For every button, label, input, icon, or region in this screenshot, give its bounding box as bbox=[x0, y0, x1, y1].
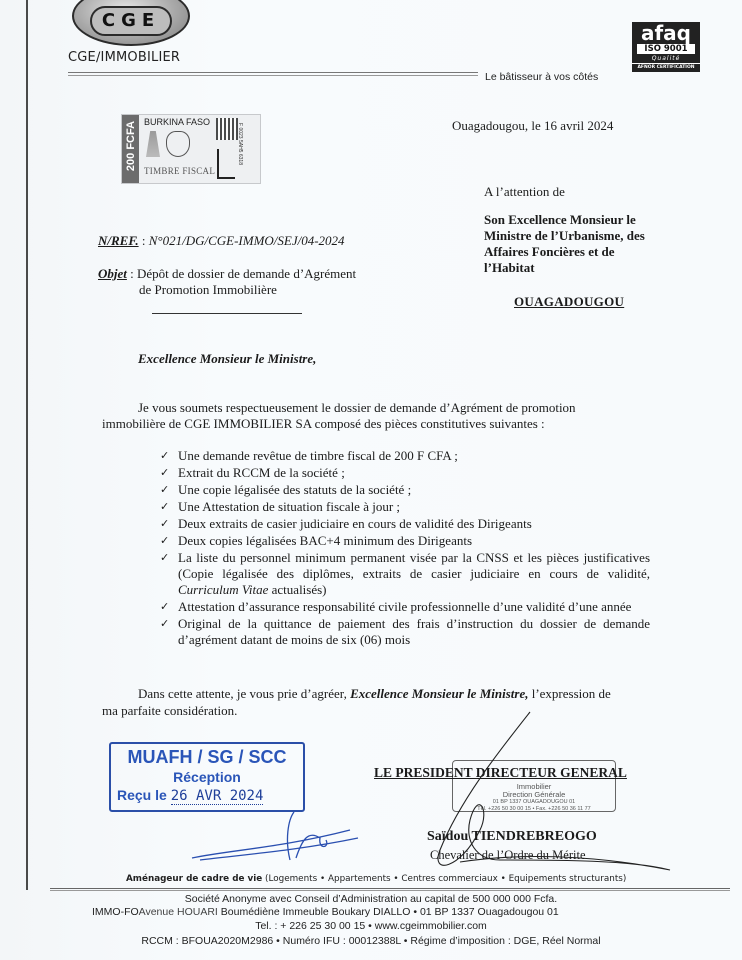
quality-label: Qualité bbox=[632, 55, 700, 63]
certifier: AFNOR CERTIFICATION bbox=[632, 63, 700, 71]
salutation: Excellence Monsieur le Ministre, bbox=[138, 351, 316, 367]
activity-list: (Logements • Appartements • Centres comm… bbox=[262, 874, 626, 884]
intro-paragraph: Je vous soumets respectueusement le doss… bbox=[102, 400, 642, 432]
checkmark-icon: ✓ bbox=[160, 448, 169, 464]
qr-code-icon bbox=[216, 118, 238, 140]
stamp-value: 200 FCFA bbox=[125, 113, 137, 179]
document-text: Extrait du RCCM de la société ; bbox=[178, 465, 345, 480]
checkmark-icon: ✓ bbox=[160, 482, 169, 498]
company-tagline: Le bâtisseur à vos côtés bbox=[485, 71, 598, 83]
recipient-line: Ministre de l’Urbanisme, des bbox=[484, 228, 714, 244]
recipient-block: Son Excellence Monsieur le Ministre de l… bbox=[484, 212, 714, 276]
recipient-line: l’Habitat bbox=[484, 260, 714, 276]
document-text: Une copie légalisée des statuts de la so… bbox=[178, 482, 411, 497]
document-item: ✓Original de la quittance de paiement de… bbox=[160, 616, 650, 648]
afaq-iso-certification-badge: afaq ISO 9001 Qualité AFNOR CERTIFICATIO… bbox=[632, 22, 700, 72]
reception-stamp: MUAFH / SG / SCC Réception Reçu le 26 AV… bbox=[109, 742, 305, 812]
footer-registration-line: RCCM : BFOUA2020M2986 • Numéro IFU : 000… bbox=[0, 935, 742, 948]
subject: Objet : Dépôt de dossier de demande d’Ag… bbox=[98, 266, 356, 298]
fiscal-stamp: 200 FCFA BURKINA FASO TIMBRE FISCAL F 00… bbox=[121, 114, 261, 184]
checkmark-icon: ✓ bbox=[160, 499, 169, 515]
reception-label: Réception bbox=[111, 768, 303, 786]
address-rest: Boumédiène Immeuble Boukary DIALLO • 01 … bbox=[218, 906, 559, 918]
checkmark-icon: ✓ bbox=[160, 465, 169, 481]
document-item: ✓Une Attestation de situation fiscale à … bbox=[160, 499, 650, 515]
attention-line: A l’attention de bbox=[484, 184, 565, 200]
checkmark-icon: ✓ bbox=[160, 533, 169, 549]
subject-divider bbox=[152, 313, 302, 314]
reference-value: N°021/DG/CGE-IMMO/SEJ/04-2024 bbox=[149, 233, 345, 248]
intro-line-2: immobilière de CGE IMMOBILIER SA composé… bbox=[102, 416, 642, 432]
subject-line-2: de Promotion Immobilière bbox=[98, 282, 356, 298]
address-prefix: IMMO-FO bbox=[92, 906, 139, 918]
document-text: Original de la quittance de paiement des… bbox=[178, 616, 650, 647]
subject-line-1: Dépôt de dossier de demande d’Agrément bbox=[137, 266, 356, 281]
document-item: ✓Attestation d’assurance responsabilité … bbox=[160, 599, 650, 615]
footer-address-line: IMMO-FOAvenue HOUARI Boumédiène Immeuble… bbox=[92, 906, 559, 919]
activity-title: Aménageur de cadre de vie bbox=[126, 874, 262, 884]
recipient-city: OUAGADOUGOU bbox=[514, 294, 624, 310]
checkmark-icon: ✓ bbox=[160, 616, 169, 632]
iso-standard: ISO 9001 bbox=[637, 44, 695, 54]
document-text: Attestation d’assurance responsabilité c… bbox=[178, 599, 631, 614]
document-item: ✓La liste du personnel minimum permanent… bbox=[160, 550, 650, 598]
document-item: ✓Une copie légalisée des statuts de la s… bbox=[160, 482, 650, 498]
document-item: ✓Extrait du RCCM de la société ; bbox=[160, 465, 650, 481]
reception-signature-icon bbox=[190, 810, 360, 865]
afaq-brand: afaq bbox=[632, 23, 700, 43]
address-overlap: Avenue HOUARI bbox=[139, 906, 218, 918]
scan-edge-line bbox=[26, 0, 28, 890]
recipient-line: Affaires Foncières et de bbox=[484, 244, 714, 260]
checkmark-icon: ✓ bbox=[160, 550, 169, 566]
logo-mark: CGE bbox=[90, 6, 172, 36]
checkmark-icon: ✓ bbox=[160, 516, 169, 532]
received-date: 26 AVR 2024 bbox=[171, 788, 264, 805]
header-divider bbox=[68, 72, 478, 76]
document-item: ✓Deux extraits de casier judiciaire en c… bbox=[160, 516, 650, 532]
footer-contact-line: Tel. : + 226 25 30 00 15 • www.cgeimmobi… bbox=[0, 920, 742, 933]
letter-page: CGE CGE∕IMMOBILIER Le bâtisseur à vos cô… bbox=[0, 0, 742, 960]
stamp-corner-mark bbox=[217, 149, 235, 179]
coat-of-arms-icon bbox=[166, 131, 190, 157]
monument-icon bbox=[146, 131, 160, 157]
documents-list: ✓Une demande revêtue de timbre fiscal de… bbox=[160, 448, 650, 649]
recipient-line: Son Excellence Monsieur le bbox=[484, 212, 714, 228]
stamp-country: BURKINA FASO bbox=[144, 117, 210, 127]
president-signature-icon bbox=[380, 710, 680, 880]
footer-divider bbox=[50, 888, 730, 891]
company-name: CGE∕IMMOBILIER bbox=[68, 50, 180, 65]
document-text: La liste du personnel minimum permanent … bbox=[178, 550, 650, 581]
checkmark-icon: ✓ bbox=[160, 599, 169, 615]
document-text: Une Attestation de situation fiscale à j… bbox=[178, 499, 400, 514]
cge-logo: CGE bbox=[72, 0, 190, 46]
reference-label: N/REF. bbox=[98, 233, 139, 248]
document-text: Deux extraits de casier judiciaire en co… bbox=[178, 516, 532, 531]
activity-line: Aménageur de cadre de vie (Logements • A… bbox=[126, 874, 626, 884]
document-text: Deux copies légalisées BAC+4 minimum des… bbox=[178, 533, 472, 548]
closing-after: l’expression de bbox=[528, 686, 610, 701]
document-item: ✓Une demande revêtue de timbre fiscal de… bbox=[160, 448, 650, 464]
footer-legal-line: Société Anonyme avec Conseil d’Administr… bbox=[0, 893, 742, 906]
stamp-label: TIMBRE FISCAL bbox=[144, 166, 215, 176]
document-item: ✓Deux copies légalisées BAC+4 minimum de… bbox=[160, 533, 650, 549]
closing-emphasis: Excellence Monsieur le Ministre, bbox=[350, 686, 528, 701]
document-text-after: actualisés) bbox=[268, 582, 326, 597]
received-label: Reçu le bbox=[117, 787, 167, 803]
reception-office: MUAFH / SG / SCC bbox=[111, 746, 303, 768]
document-text-italic: Curriculum Vitae bbox=[178, 582, 268, 597]
letter-date: Ouagadougou, le 16 avril 2024 bbox=[452, 118, 613, 134]
closing-before: Dans cette attente, je vous prie d’agrée… bbox=[138, 686, 350, 701]
stamp-value-band: 200 FCFA bbox=[122, 115, 139, 183]
intro-line-1: Je vous soumets respectueusement le doss… bbox=[102, 400, 642, 416]
reference: N/REF. : N°021/DG/CGE-IMMO/SEJ/04-2024 bbox=[98, 233, 345, 249]
stamp-serial: F 0023 5AH5 6318 bbox=[237, 123, 243, 165]
document-text: Une demande revêtue de timbre fiscal de … bbox=[178, 448, 458, 463]
subject-label: Objet bbox=[98, 266, 127, 281]
